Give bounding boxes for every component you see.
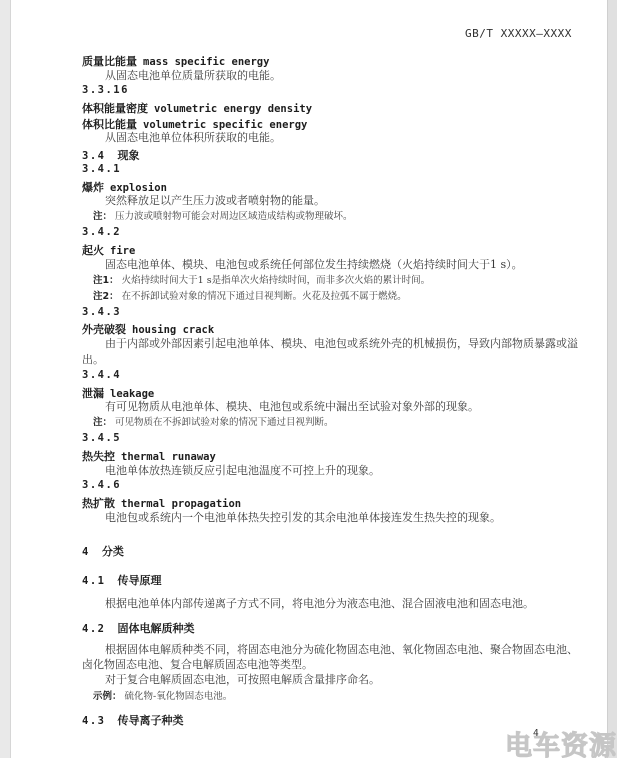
watermark-text: 电车资源: [505, 724, 617, 758]
note-text: 注1：火焰持续时间大于1 s是指单次火焰持续时间，而非多次火焰的累计时间。: [82, 274, 430, 288]
clause-heading: 4.2固体电解质种类: [82, 620, 194, 636]
definition-text: 电池单体放热连锁反应引起电池温度不可控上升的现象。: [82, 464, 380, 478]
definition-text: 突然释放足以产生压力波或者喷射物的能量。: [82, 194, 325, 208]
term-heading: 外壳破裂housing crack: [82, 321, 214, 337]
section-number: 3.4.5: [82, 432, 121, 444]
term-heading: 热扩散thermal propagation: [82, 495, 241, 511]
clause-heading: 4.1传导原理: [82, 572, 161, 588]
section-number: 3.4.2: [82, 226, 121, 238]
definition-text: 有可见物质从电池单体、模块、电池包或系统中漏出至试验对象外部的现象。: [82, 400, 479, 414]
page-number: 4: [533, 728, 539, 739]
section-number: 3.4.3: [82, 306, 121, 318]
definition-text: 电池包或系统内一个电池单体热失控引发的其余电池单体接连发生热失控的现象。: [82, 511, 501, 525]
paragraph-text: 卤化物固态电池、复合电解质固态电池等类型。: [82, 658, 313, 672]
standard-code-header: GB/T XXXXX—XXXX: [465, 27, 572, 40]
definition-text: 出。: [82, 353, 104, 367]
term-heading: 泄漏leakage: [82, 385, 154, 401]
section-number: 3.4.4: [82, 369, 121, 381]
paragraph-text: 对于复合电解质固态电池，可按照电解质含量排序命名。: [82, 673, 380, 687]
paragraph-text: 根据固体电解质种类不同，将固态电池分为硫化物固态电池、氧化物固态电池、聚合物固态…: [82, 643, 578, 657]
term-heading: 体积能量密度volumetric energy density: [82, 100, 312, 116]
clause-heading: 3.4现象: [82, 147, 139, 163]
paragraph-text: 根据电池单体内部传递离子方式不同，将电池分为液态电池、混合固液电池和固态电池。: [82, 597, 534, 611]
clause-heading: 4分类: [82, 543, 124, 559]
section-number: 3.3.16: [82, 84, 129, 96]
note-text: 示例：硫化物-氧化物固态电池。: [82, 690, 232, 704]
section-number: 3.4.6: [82, 479, 121, 491]
definition-text: 由于内部或外部因素引起电池单体、模块、电池包或系统外壳的机械损伤，导致内部物质暴…: [82, 337, 578, 351]
term-heading: 起火fire: [82, 242, 135, 258]
definition-text: 从固态电池单位质量所获取的电能。: [82, 69, 281, 83]
clause-heading: 4.3传导离子种类: [82, 712, 183, 728]
note-text: 注2：在不拆卸试验对象的情况下通过目视判断。火花及拉弧不属于燃烧。: [82, 290, 407, 304]
section-number: 3.4.1: [82, 163, 121, 175]
note-text: 注：压力波或喷射物可能会对周边区域造成结构或物理破坏。: [82, 210, 353, 224]
definition-text: 固态电池单体、模块、电池包或系统任何部位发生持续燃烧（火焰持续时间大于1 s）。: [82, 258, 523, 272]
document-page: { "header": { "standard_code": "GB/T XXX…: [0, 0, 617, 758]
term-heading: 体积比能量volumetric specific energy: [82, 116, 307, 132]
page-edge-left: [0, 0, 11, 758]
note-text: 注：可见物质在不拆卸试验对象的情况下通过目视判断。: [82, 416, 334, 430]
term-heading: 质量比能量mass specific energy: [82, 53, 269, 69]
definition-text: 从固态电池单位体积所获取的电能。: [82, 131, 281, 145]
term-heading: 热失控thermal runaway: [82, 448, 216, 464]
term-heading: 爆炸explosion: [82, 179, 167, 195]
page-edge-right: [607, 0, 617, 758]
